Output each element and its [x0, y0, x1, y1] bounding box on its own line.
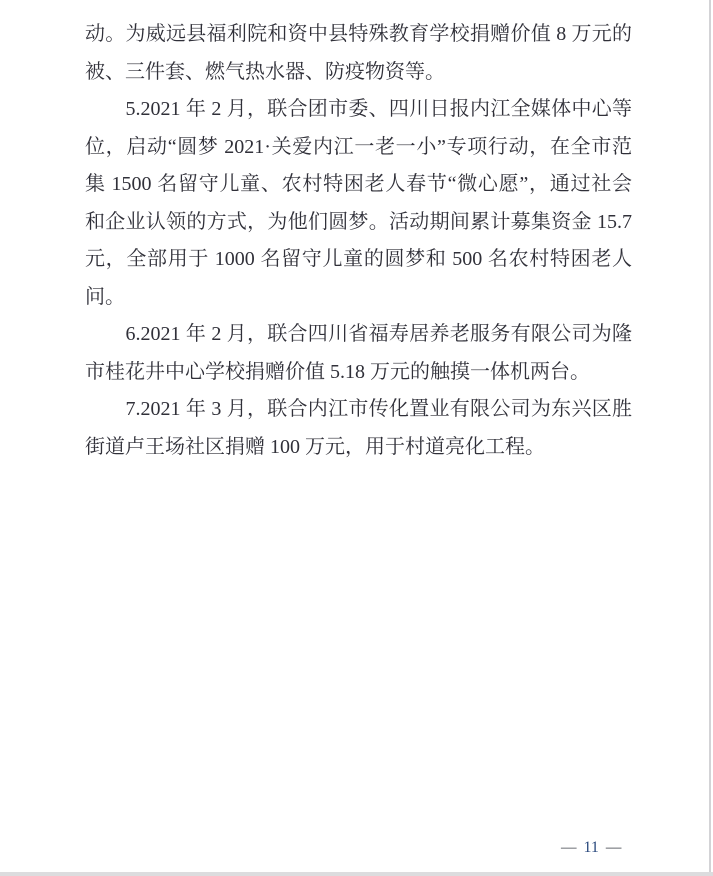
text-line: 问。 [85, 279, 632, 317]
text-line: 5.2021 年 2 月，联合团市委、四川日报内江全媒体中心等单 [85, 91, 632, 129]
text-line: 7.2021 年 3 月，联合内江市传化置业有限公司为东兴区胜利 [85, 391, 632, 429]
text-line: 街道卢王场社区捐赠 100 万元，用于村道亮化工程。 [85, 429, 632, 467]
page-bottom-edge [0, 872, 713, 876]
text-line: 动。为威远县福利院和资中县特殊教育学校捐赠价值 8 万元的棉 [85, 16, 632, 54]
text-line: 市桂花井中心学校捐赠价值 5.18 万元的触摸一体机两台。 [85, 354, 632, 392]
text-line: 6.2021 年 2 月，联合四川省福寿居养老服务有限公司为隆昌 [85, 316, 632, 354]
text-line: 位，启动“圆梦 2021·关爱内江一老一小”专项行动，在全市范围征 [85, 129, 632, 167]
document-text: 动。为威远县福利院和资中县特殊教育学校捐赠价值 8 万元的棉被、三件套、燃气热水… [85, 16, 632, 466]
page-right-edge [709, 0, 711, 876]
page-container: 动。为威远县福利院和资中县特殊教育学校捐赠价值 8 万元的棉被、三件套、燃气热水… [0, 0, 713, 876]
text-line: 元，全部用于 1000 名留守儿童的圆梦和 500 名农村特困老人的慰 [85, 241, 632, 279]
footer-page-number: 11 [584, 839, 599, 856]
page-footer: —11— [561, 838, 621, 858]
text-line: 和企业认领的方式，为他们圆梦。活动期间累计募集资金 15.7 万 [85, 204, 632, 242]
footer-dash-left: — [561, 839, 577, 856]
footer-dash-right: — [606, 839, 622, 856]
text-line: 被、三件套、燃气热水器、防疫物资等。 [85, 54, 632, 92]
text-line: 集 1500 名留守儿童、农村特困老人春节“微心愿”，通过社会公众 [85, 166, 632, 204]
